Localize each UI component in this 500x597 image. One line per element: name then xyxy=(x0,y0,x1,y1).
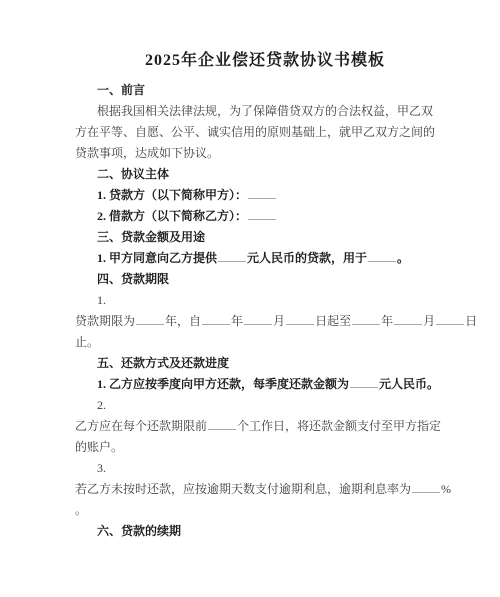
paragraph-line: 若乙方未按时还款，应按逾期天数支付逾期利息，逾期利息率为% xyxy=(75,479,455,500)
document-page: 2025年企业偿还贷款协议书模板一、前言根据我国相关法律法规，为了保障借贷双方的… xyxy=(0,0,500,597)
section-heading: 五、还款方式及还款进度 xyxy=(97,353,455,374)
doc-title: 2025年企业偿还贷款协议书模板 xyxy=(75,50,455,72)
blank-underline xyxy=(248,207,276,220)
blank-underline xyxy=(218,249,246,262)
list-number: 3. xyxy=(97,458,455,479)
list-item: 1. 贷款方（以下简称甲方）： xyxy=(97,185,455,206)
paragraph-line: 的账户。 xyxy=(75,437,455,458)
section-heading: 三、贷款金额及用途 xyxy=(97,227,455,248)
blank-underline xyxy=(286,312,314,325)
section-heading: 六、贷款的续期 xyxy=(97,521,455,542)
paragraph-line: 乙方应在每个还款期限前个工作日，将还款金额支付至甲方指定 xyxy=(75,416,455,437)
blank-underline xyxy=(394,312,422,325)
paragraph-first-line: 根据我国相关法律法规，为了保障借贷双方的合法权益，甲乙双 xyxy=(97,101,455,122)
paragraph-line: 方在平等、自愿、公平、诚实信用的原则基础上，就甲乙双方之间的 xyxy=(75,122,455,143)
blank-underline xyxy=(350,375,378,388)
section-heading: 二、协议主体 xyxy=(97,164,455,185)
paragraph-line: 贷款期限为年，自年月日起至年月日 xyxy=(75,311,455,332)
paragraph-line: 。 xyxy=(75,500,455,521)
paragraph-line: 贷款事项，达成如下协议。 xyxy=(75,143,455,164)
list-item: 2. 借款方（以下简称乙方）： xyxy=(97,206,455,227)
blank-underline xyxy=(244,312,272,325)
blank-underline xyxy=(208,417,236,430)
section-heading: 四、贷款期限 xyxy=(97,269,455,290)
blank-underline xyxy=(202,312,230,325)
blank-underline xyxy=(248,186,276,199)
blank-underline xyxy=(136,312,164,325)
list-number: 2. xyxy=(97,395,455,416)
list-number: 1. xyxy=(97,290,455,311)
blank-underline xyxy=(352,312,380,325)
list-item: 1. 甲方同意向乙方提供元人民币的贷款，用于。 xyxy=(97,248,455,269)
blank-underline xyxy=(412,480,440,493)
paragraph-line: 止。 xyxy=(75,332,455,353)
blank-underline xyxy=(436,312,464,325)
section-heading: 一、前言 xyxy=(97,80,455,101)
blank-underline xyxy=(368,249,396,262)
list-item: 1. 乙方应按季度向甲方还款，每季度还款金额为元人民币。 xyxy=(97,374,455,395)
document-body: 2025年企业偿还贷款协议书模板一、前言根据我国相关法律法规，为了保障借贷双方的… xyxy=(75,50,455,542)
